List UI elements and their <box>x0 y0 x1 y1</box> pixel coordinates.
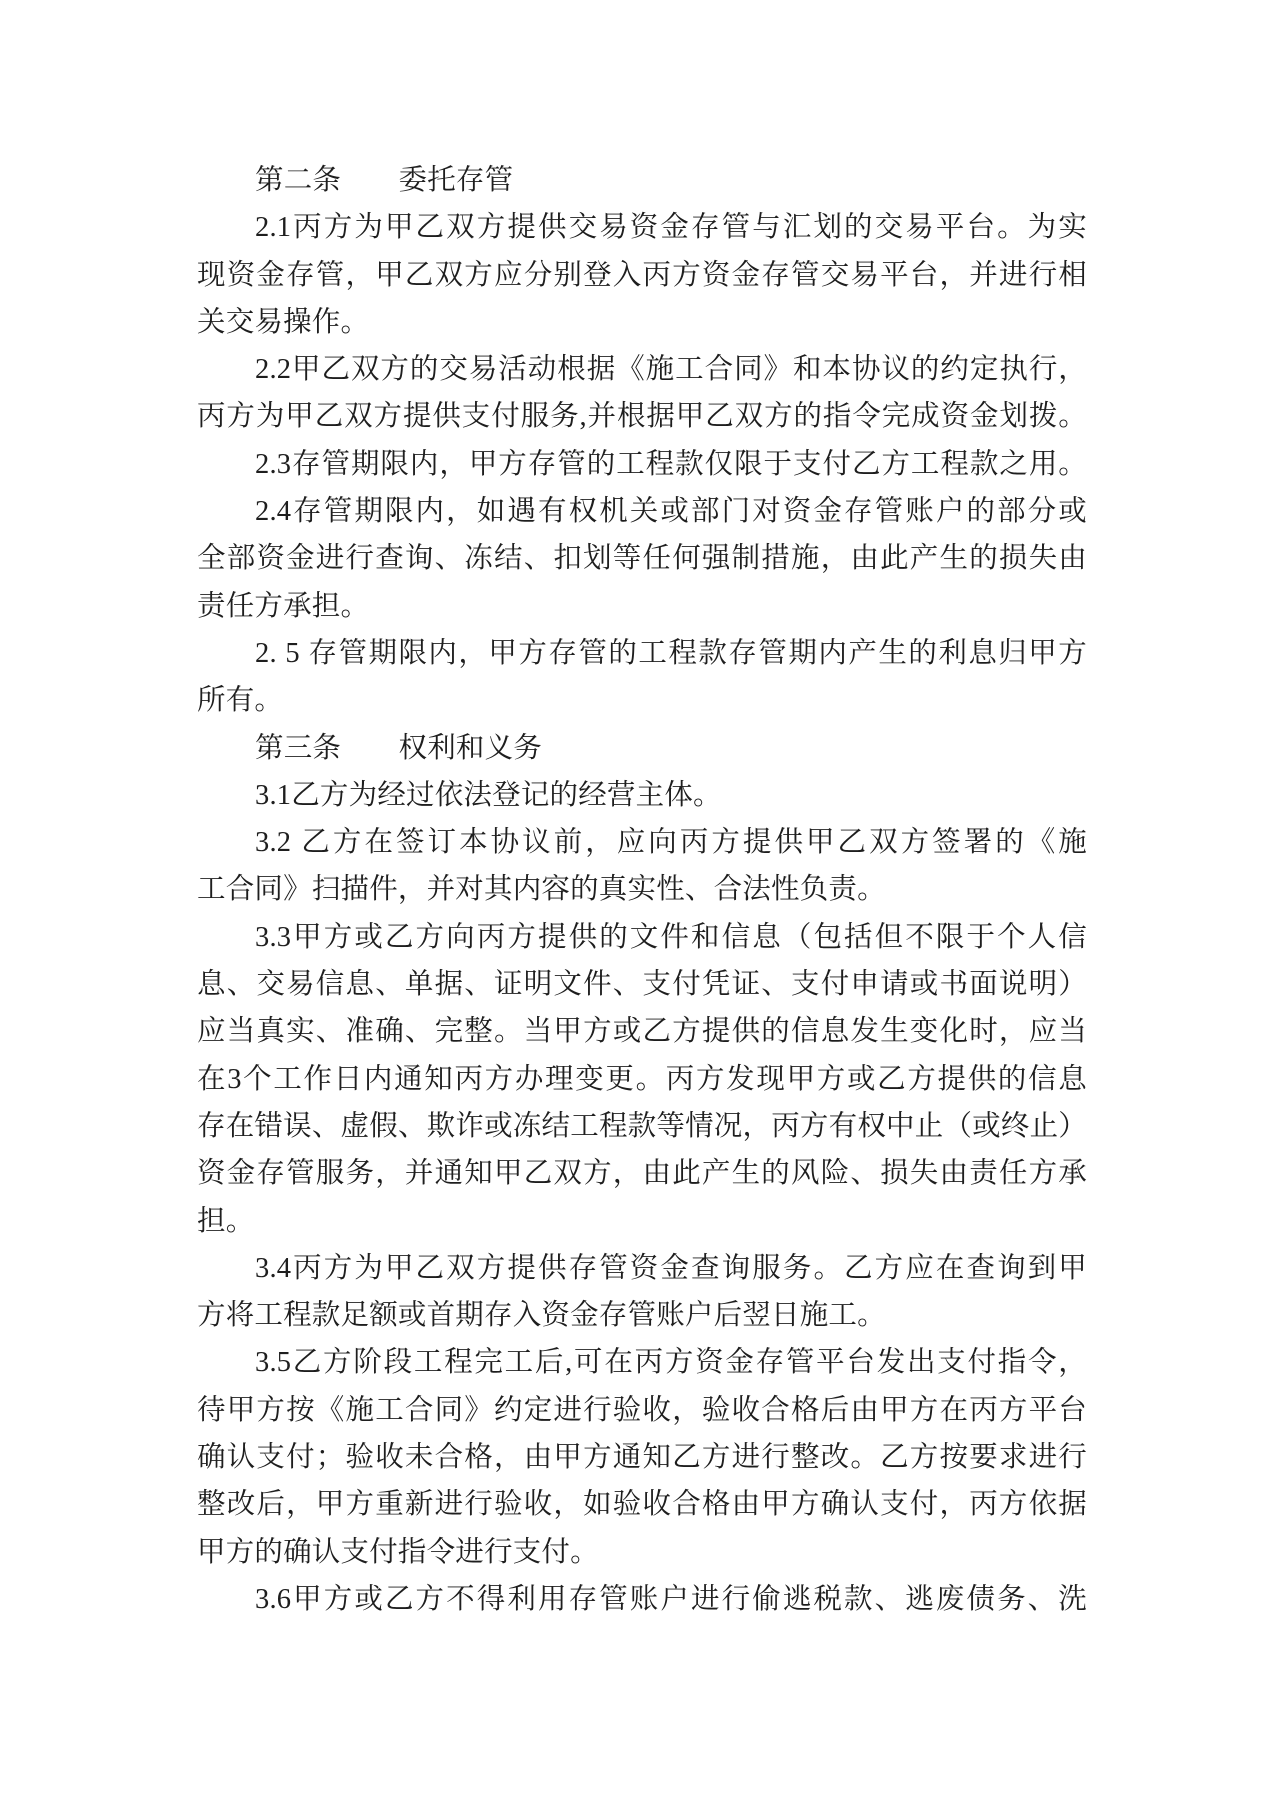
text-line-4: 关交易操作。 <box>197 299 1087 346</box>
document-body: 第二条 委托存管2.1丙方为甲乙双方提供交易资金存管与汇划的交易平台。为实现资金… <box>197 157 1087 1623</box>
document-page: 第二条 委托存管2.1丙方为甲乙双方提供交易资金存管与汇划的交易平台。为实现资金… <box>0 0 1280 1810</box>
text-line-31: 3.6甲方或乙方不得利用存管账户进行偷逃税款、逃废债务、洗 <box>197 1576 1087 1623</box>
text-line-16: 工合同》扫描件，并对其内容的真实性、合法性负责。 <box>197 866 1087 913</box>
text-line-15: 3.2 乙方在签订本协议前，应向丙方提供甲乙双方签署的《施 <box>197 819 1087 866</box>
text-line-5: 2.2甲乙双方的交易活动根据《施工合同》和本协议的约定执行， <box>197 346 1087 393</box>
text-line-18: 息、交易信息、单据、证明文件、支付凭证、支付申请或书面说明） <box>197 961 1087 1008</box>
text-line-23: 担。 <box>197 1198 1087 1245</box>
text-line-1: 第二条 委托存管 <box>197 157 1087 204</box>
text-line-20: 在3个工作日内通知丙方办理变更。丙方发现甲方或乙方提供的信息 <box>197 1056 1087 1103</box>
text-line-19: 应当真实、准确、完整。当甲方或乙方提供的信息发生变化时，应当 <box>197 1008 1087 1055</box>
text-line-6: 丙方为甲乙双方提供支付服务,并根据甲乙双方的指令完成资金划拨。 <box>197 393 1087 440</box>
text-line-27: 待甲方按《施工合同》约定进行验收，验收合格后由甲方在丙方平台 <box>197 1387 1087 1434</box>
text-line-13: 第三条 权利和义务 <box>197 725 1087 772</box>
text-line-22: 资金存管服务，并通知甲乙双方，由此产生的风险、损失由责任方承 <box>197 1150 1087 1197</box>
text-line-25: 方将工程款足额或首期存入资金存管账户后翌日施工。 <box>197 1292 1087 1339</box>
text-line-28: 确认支付；验收未合格，由甲方通知乙方进行整改。乙方按要求进行 <box>197 1434 1087 1481</box>
text-line-29: 整改后，甲方重新进行验收，如验收合格由甲方确认支付，丙方依据 <box>197 1481 1087 1528</box>
text-line-26: 3.5乙方阶段工程完工后,可在丙方资金存管平台发出支付指令， <box>197 1339 1087 1386</box>
text-line-12: 所有。 <box>197 677 1087 724</box>
text-line-14: 3.1乙方为经过依法登记的经营主体。 <box>197 772 1087 819</box>
text-line-30: 甲方的确认支付指令进行支付。 <box>197 1529 1087 1576</box>
text-line-17: 3.3甲方或乙方向丙方提供的文件和信息（包括但不限于个人信 <box>197 914 1087 961</box>
text-line-21: 存在错误、虚假、欺诈或冻结工程款等情况，丙方有权中止（或终止） <box>197 1103 1087 1150</box>
text-line-7: 2.3存管期限内，甲方存管的工程款仅限于支付乙方工程款之用。 <box>197 441 1087 488</box>
text-line-9: 全部资金进行查询、冻结、扣划等任何强制措施，由此产生的损失由 <box>197 535 1087 582</box>
text-line-3: 现资金存管，甲乙双方应分别登入丙方资金存管交易平台，并进行相 <box>197 252 1087 299</box>
text-line-10: 责任方承担。 <box>197 583 1087 630</box>
text-line-11: 2. 5 存管期限内，甲方存管的工程款存管期内产生的利息归甲方 <box>197 630 1087 677</box>
text-line-2: 2.1丙方为甲乙双方提供交易资金存管与汇划的交易平台。为实 <box>197 204 1087 251</box>
text-line-8: 2.4存管期限内，如遇有权机关或部门对资金存管账户的部分或 <box>197 488 1087 535</box>
text-line-24: 3.4丙方为甲乙双方提供存管资金查询服务。乙方应在查询到甲 <box>197 1245 1087 1292</box>
